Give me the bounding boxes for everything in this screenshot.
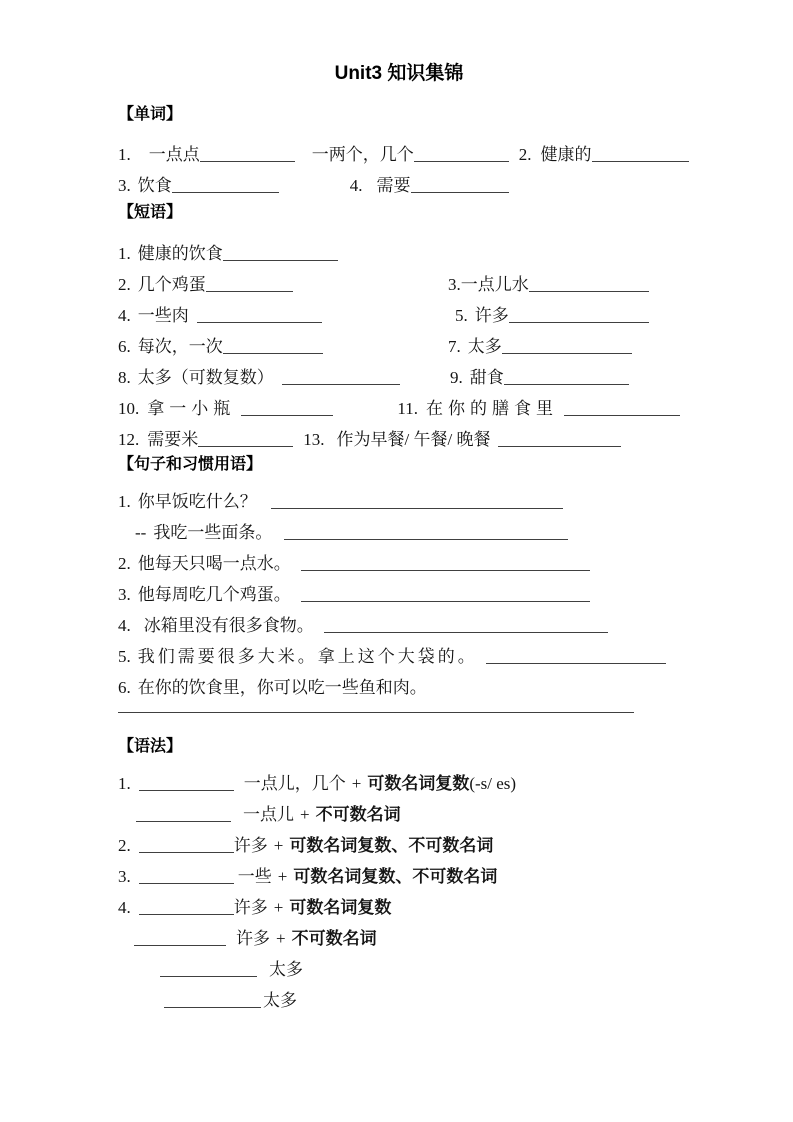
plus-sign: +: [276, 929, 286, 948]
answer-blank: [498, 434, 621, 447]
grammar-item-number: 2.: [118, 830, 131, 861]
plus-sign: +: [278, 867, 288, 886]
answer-blank: [414, 149, 509, 162]
phrase-item-number: 13.: [303, 424, 324, 455]
word-row: 1.一点点一两个，几个2.健康的: [118, 139, 680, 170]
phrase-item-number: 7.: [448, 331, 461, 362]
sentence-item-text: 他每周吃几个鸡蛋。: [138, 585, 291, 604]
word-item-label: 饮食: [138, 176, 172, 195]
phrase-item: 11.在你的膳食里: [397, 393, 680, 424]
phrase-item-number: 3.: [448, 269, 461, 300]
answer-blank: [164, 995, 261, 1008]
grammar-row: 4.许多+可数名词复数: [118, 892, 680, 923]
answer-blank: [411, 180, 509, 193]
word-item-number: 2.: [519, 139, 532, 170]
phrases-section-heading: 【短语】: [118, 203, 680, 223]
phrase-item: 7.太多: [448, 331, 632, 362]
answer-blank: [509, 310, 649, 323]
sentence-item-text: 他每天只喝一点水。: [138, 554, 291, 573]
page-title: Unit3 知识集锦: [118, 62, 680, 86]
phrase-item-label: 需要米: [147, 430, 198, 449]
answer-blank: [271, 496, 563, 509]
answer-blank: [139, 902, 234, 915]
sentence-item-number: 2.: [118, 548, 131, 579]
sentence-item-number: --: [135, 517, 146, 548]
grammar-row: 太多: [118, 985, 680, 1016]
grammar-row: 许多+不可数名词: [118, 923, 680, 954]
answer-blank: [223, 341, 323, 354]
phrase-item-label: 拿一小瓶: [147, 399, 235, 418]
grammar-row: 3.一些+可数名词复数、不可数名词: [118, 861, 680, 892]
grammar-item-label: 许多: [234, 898, 268, 917]
grammar-item-rule: 可数名词复数、不可数名词: [289, 836, 493, 855]
phrase-item-label: 几个鸡蛋: [138, 275, 206, 294]
grammar-item-number: 1.: [118, 768, 131, 799]
sentence-item-number: 5.: [118, 641, 131, 672]
phrase-item-number: 6.: [118, 331, 131, 362]
phrase-item-number: 4.: [118, 300, 131, 331]
grammar-item-number: 4.: [118, 892, 131, 923]
answer-blank: [502, 341, 632, 354]
answer-blank: [172, 180, 279, 193]
plus-sign: +: [274, 898, 284, 917]
sentence-row: 1.你早饭吃什么？: [118, 486, 680, 517]
word-item-label: 一两个，几个: [312, 145, 414, 164]
phrase-row: 12.需要米13.作为早餐/ 午餐/ 晚餐: [118, 424, 680, 455]
answer-blank: [284, 527, 568, 540]
answer-blank: [282, 372, 400, 385]
answer-blank: [529, 279, 649, 292]
phrase-row: 4.一些肉 5.许多: [118, 300, 680, 331]
sentences-section-heading: 【句子和习惯用语】: [118, 455, 680, 475]
sentence-item-text: 我们需要很多大米。拿上这个大袋的。: [138, 647, 478, 666]
phrase-item-label: 一点儿水: [461, 275, 529, 294]
phrase-row: 10.拿一小瓶 11.在你的膳食里: [118, 393, 680, 424]
answer-blank: [301, 558, 590, 571]
word-item-number: 3.: [118, 170, 131, 201]
plus-sign: +: [352, 774, 362, 793]
phrase-row: 2.几个鸡蛋 3.一点儿水: [118, 269, 680, 300]
answer-blank: [136, 809, 231, 822]
grammar-item-rule: 不可数名词: [316, 805, 401, 824]
phrase-item-label: 太多: [468, 337, 502, 356]
word-row: 3.饮食4.需要: [118, 170, 680, 201]
answer-blank: [139, 871, 234, 884]
answer-blank: [139, 840, 234, 853]
phrase-item: 4.一些肉: [118, 300, 448, 331]
word-item-number: 4.: [350, 170, 363, 201]
phrase-item-label: 一些肉: [138, 306, 189, 325]
sentence-row: 2.他每天只喝一点水。: [118, 548, 680, 579]
phrase-item-label: 每次，一次: [138, 337, 223, 356]
answer-blank: [197, 310, 322, 323]
answer-blank: [134, 933, 226, 946]
word-item-label: 一点点: [149, 145, 200, 164]
plus-sign: +: [300, 805, 310, 824]
phrase-item-number: 10.: [118, 393, 139, 424]
answer-blank: [223, 248, 338, 261]
phrase-item-label: 许多: [475, 306, 509, 325]
phrase-row: 8.太多（可数复数） 9.甜食: [118, 362, 680, 393]
phrase-item: 6.每次，一次: [118, 331, 448, 362]
grammar-item-rule: 不可数名词: [292, 929, 377, 948]
phrase-row: 1.健康的饮食: [118, 238, 680, 269]
words-section-heading: 【单词】: [118, 105, 680, 125]
phrase-item: 8.太多（可数复数）: [118, 362, 448, 393]
answer-blank: [504, 372, 629, 385]
grammar-row: 太多: [118, 954, 680, 985]
phrase-item-label: 健康的饮食: [138, 244, 223, 263]
section-divider: [118, 712, 634, 713]
phrase-item: 3.一点儿水: [448, 269, 649, 300]
word-item-label: 需要: [377, 176, 411, 195]
sentence-row: 3.他每周吃几个鸡蛋。: [118, 579, 680, 610]
phrase-item-label: 作为早餐/ 午餐/ 晚餐: [337, 430, 491, 449]
answer-blank: [486, 651, 666, 664]
phrase-item: 5.许多: [448, 300, 649, 331]
answer-blank: [592, 149, 689, 162]
answer-blank: [139, 778, 234, 791]
grammar-row: 一点儿+不可数名词: [118, 799, 680, 830]
grammar-item-label: 一点儿: [243, 805, 294, 824]
answer-blank: [200, 149, 295, 162]
answer-blank: [324, 620, 608, 633]
sentence-item-number: 1.: [118, 486, 131, 517]
grammar-item-rule: 可数名词复数、不可数名词: [293, 867, 497, 886]
phrase-item-number: 5.: [455, 300, 468, 331]
phrase-item-number: 9.: [450, 362, 463, 393]
sentence-item-text: 在你的饮食里，你可以吃一些鱼和肉。: [138, 678, 427, 697]
worksheet-page: Unit3 知识集锦 【单词】 1.一点点一两个，几个2.健康的 3.饮食4.需…: [0, 0, 793, 1122]
phrase-item-number: 8.: [118, 362, 131, 393]
sentence-item-text: 我吃一些面条。: [153, 523, 272, 542]
answer-blank: [206, 279, 293, 292]
grammar-item-label: 许多: [236, 929, 270, 948]
phrase-item-number: 12.: [118, 424, 139, 455]
grammar-section-heading: 【语法】: [118, 737, 680, 757]
phrase-item-number: 11.: [397, 393, 418, 424]
phrase-item-number: 2.: [118, 269, 131, 300]
sentence-row: 6.在你的饮食里，你可以吃一些鱼和肉。: [118, 672, 680, 703]
phrase-item-label: 在你的膳食里: [426, 399, 558, 418]
phrase-item: 2.几个鸡蛋: [118, 269, 448, 300]
sentence-item-number: 6.: [118, 672, 131, 703]
answer-blank: [241, 403, 333, 416]
phrase-item-number: 1.: [118, 238, 131, 269]
phrase-item-label: 太多（可数复数）: [138, 368, 274, 387]
sentence-item-number: 3.: [118, 579, 131, 610]
answer-blank: [564, 403, 680, 416]
grammar-item-label: 一点儿，几个: [244, 774, 346, 793]
grammar-item-label: 太多: [263, 991, 297, 1010]
answer-blank: [198, 434, 293, 447]
grammar-item-number: 3.: [118, 861, 131, 892]
grammar-item-rule: 可数名词复数: [289, 898, 391, 917]
grammar-item-label: 太多: [269, 960, 303, 979]
grammar-item-suffix: (-s/ es): [469, 774, 516, 793]
grammar-item-label: 许多: [234, 836, 268, 855]
word-item-number: 1.: [118, 139, 131, 170]
page-content: Unit3 知识集锦 【单词】 1.一点点一两个，几个2.健康的 3.饮食4.需…: [118, 0, 680, 1016]
sentence-row: 4.冰箱里没有很多食物。: [118, 610, 680, 641]
grammar-row: 2.许多+可数名词复数、不可数名词: [118, 830, 680, 861]
grammar-row: 1.一点儿，几个+可数名词复数(-s/ es): [118, 768, 680, 799]
grammar-item-label: 一些: [238, 867, 272, 886]
sentence-item-number: 4.: [118, 610, 131, 641]
sentence-item-text: 你早饭吃什么？: [138, 492, 257, 511]
plus-sign: +: [274, 836, 284, 855]
sentence-row: 5.我们需要很多大米。拿上这个大袋的。: [118, 641, 680, 672]
phrase-item: 10.拿一小瓶: [118, 393, 397, 424]
phrase-row: 6.每次，一次 7.太多: [118, 331, 680, 362]
word-item-label: 健康的: [541, 145, 592, 164]
phrase-item: 9.甜食: [448, 362, 629, 393]
answer-blank: [160, 964, 257, 977]
sentence-item-text: 冰箱里没有很多食物。: [144, 616, 314, 635]
answer-blank: [301, 589, 590, 602]
phrase-item-label: 甜食: [470, 368, 504, 387]
sentence-row: --我吃一些面条。: [118, 517, 680, 548]
grammar-item-rule: 可数名词复数: [367, 774, 469, 793]
